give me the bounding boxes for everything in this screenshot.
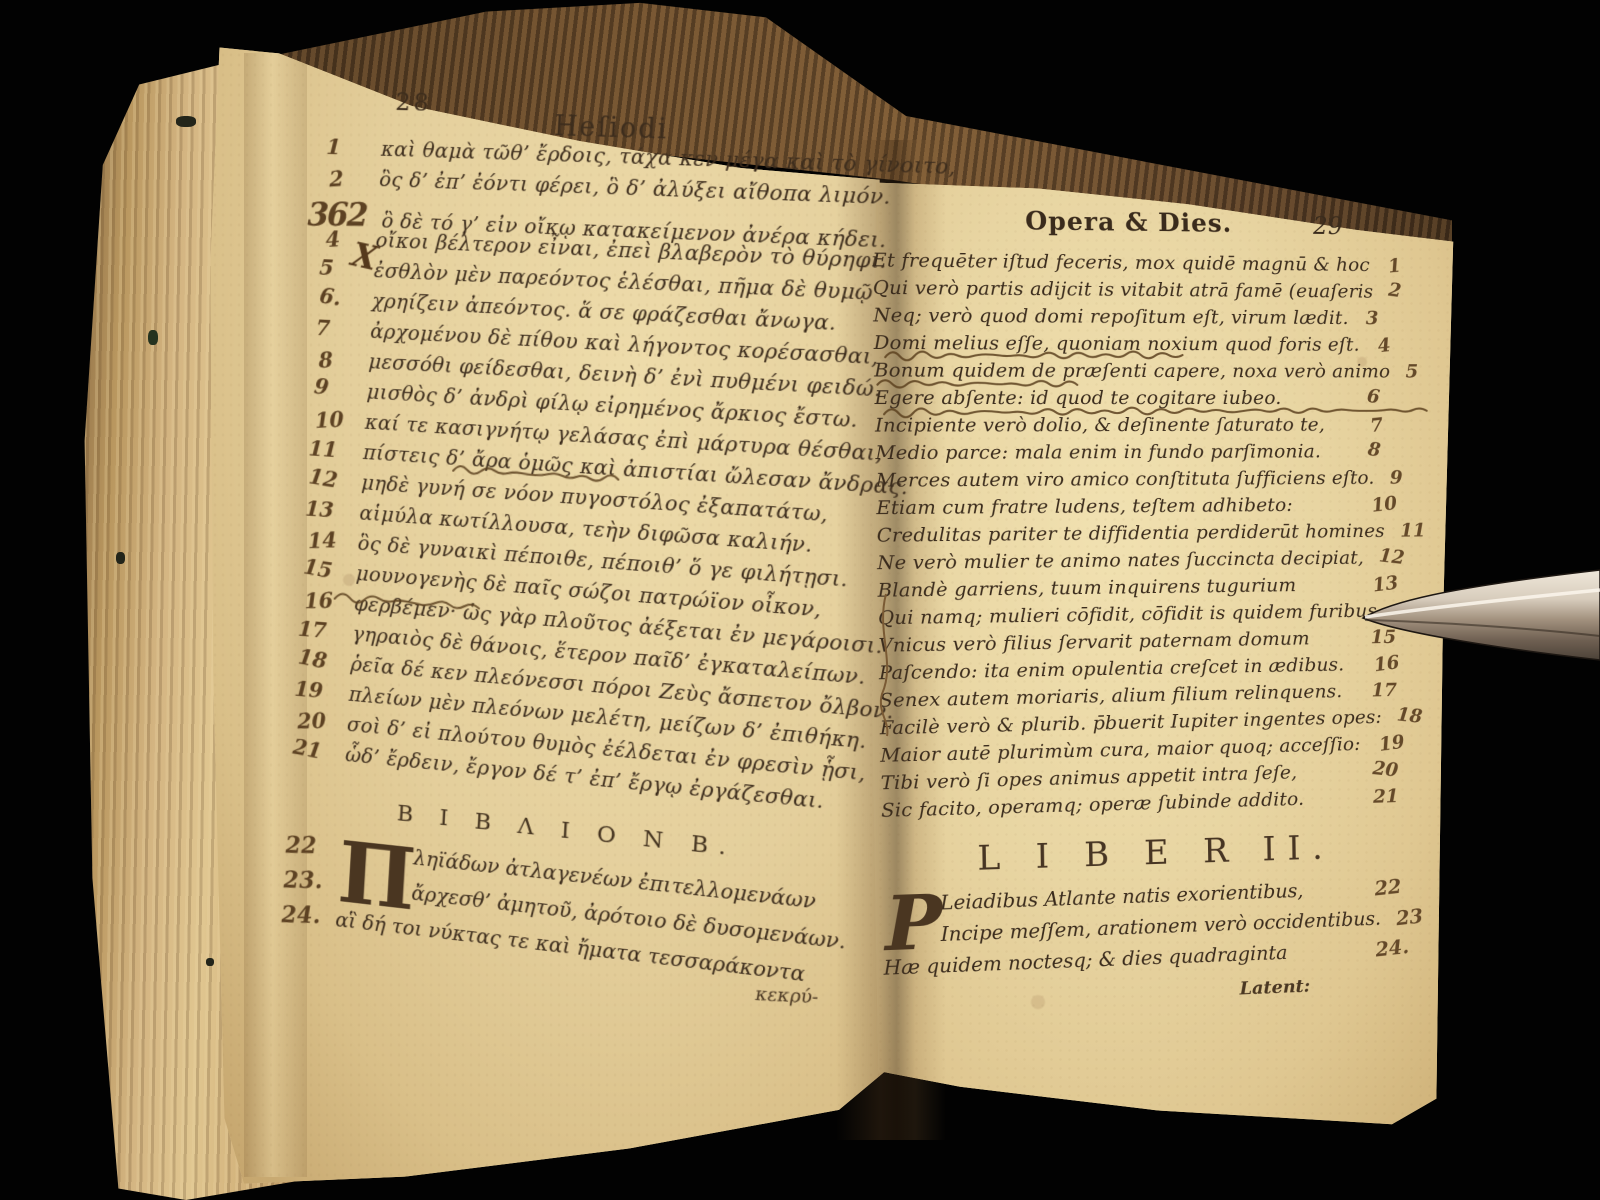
handwritten-line-number: 8 — [318, 345, 374, 373]
handwritten-line-number: 12 — [307, 464, 365, 498]
handwritten-line-number: 18 — [297, 644, 355, 679]
ink-speck — [176, 116, 196, 127]
handwritten-line-number: 21 — [1358, 785, 1424, 808]
drop-cap-p: P — [885, 890, 943, 957]
handwritten-line-number: 3 — [1350, 307, 1416, 329]
handwritten-line-number: 5 — [1390, 361, 1455, 383]
handwritten-annotation — [882, 347, 1196, 364]
handwritten-line-number: 7 — [315, 315, 371, 343]
latin-verse: Credulitas pariter te diffidentia perdid… — [877, 520, 1385, 547]
handwritten-line-number: 22 — [1358, 872, 1425, 902]
right-page-number: 29 — [1313, 212, 1343, 240]
ink-speck — [206, 958, 214, 966]
handwritten-line-number: 11 — [308, 436, 364, 465]
ink-speck — [116, 552, 125, 564]
right-running-title: Opera & Dies. — [1025, 206, 1232, 238]
latin-verse: Qui verò partis adijcit is vitabit atrā … — [873, 277, 1374, 303]
handwritten-annotation — [881, 403, 1457, 421]
handwritten-line-number: 10 — [1355, 490, 1422, 519]
latin-line-row: Neq; verò quod domi repoſitum eſt, virum… — [873, 304, 1416, 334]
right-page-text: Opera & Dies. 29 Et frequēter iſtud fece… — [871, 196, 1425, 987]
handwritten-line-number: 11 — [1385, 519, 1450, 541]
right-page-header: Opera & Dies. 29 — [871, 196, 1414, 255]
drop-cap-pi: Π — [336, 836, 417, 919]
handwritten-line-number: 19 — [1362, 728, 1429, 758]
latin-line-row: Medio parce: mala enim in fundo parſimon… — [875, 440, 1418, 469]
handwritten-line-number: 6. — [318, 283, 376, 316]
handwritten-line-number: 24. — [281, 900, 336, 930]
latin-verse: Merces autem viro amico conſtituta ſuffi… — [876, 467, 1375, 492]
latin-verse: Ne verò mulier te animo nates ſuccincta … — [877, 547, 1364, 574]
stray-fiber — [872, 590, 912, 740]
handwritten-line-number: 2 — [329, 163, 385, 192]
handwritten-line-number: 20 — [297, 708, 353, 734]
handwritten-line-number: 9 — [1374, 467, 1440, 489]
handwritten-line-number: 10 — [315, 406, 371, 434]
catchword-left: κεκρύ- — [755, 984, 818, 1009]
handwritten-line-number: 19 — [294, 676, 350, 706]
left-page-number: 28 — [395, 87, 433, 116]
handwritten-line-number: 23. — [283, 865, 338, 894]
latin-line-row: Qui verò partis adijcit is vitabit atrā … — [873, 277, 1416, 308]
left-page-text: 28 Heſiodi 1 καὶ θαμὰ τῶθ’ ἔρδοις, τάχα … — [280, 80, 905, 1000]
handwritten-line-number: 17 — [297, 616, 353, 646]
handwritten-line-number: 22 — [285, 830, 340, 859]
handwritten-line-number: 8 — [1351, 436, 1418, 465]
handwritten-line-number: 15 — [302, 554, 360, 588]
handwritten-line-number: 24. — [1359, 932, 1426, 963]
photo-scene: 28 Heſiodi 1 καὶ θαμὰ τῶθ’ ἔρδοις, τάχα … — [0, 0, 1600, 1200]
catchword-right: Latent: — [1239, 976, 1310, 1000]
handwritten-line-number: 14 — [307, 527, 363, 554]
latin-line-list: Et frequēter iſtud feceris, mox quidē ma… — [872, 249, 1423, 827]
handwritten-line-number: 20 — [1356, 756, 1423, 784]
left-running-title: Heſiodi — [553, 111, 669, 145]
handwritten-line-number: 1 — [326, 134, 382, 161]
handwritten-line-number: 9 — [313, 374, 371, 407]
metal-pointer — [1348, 556, 1600, 686]
handwritten-line-number: 13 — [304, 496, 360, 525]
latin-verse: Etiam cum fratre ludens, teſtem adhibeto… — [876, 494, 1353, 520]
handwritten-annotation — [874, 375, 1098, 391]
ink-speck — [148, 330, 158, 345]
latin-verse: Blandè garriens, tuum inquirens tugurium — [877, 574, 1354, 602]
latin-line-row: Merces autem viro amico conſtituta ſuffi… — [876, 467, 1419, 497]
latin-verse: Neq; verò quod domi repoſitum eſt, virum… — [873, 304, 1350, 329]
latin-verse: Medio parce: mala enim in fundo parſimon… — [875, 440, 1352, 464]
